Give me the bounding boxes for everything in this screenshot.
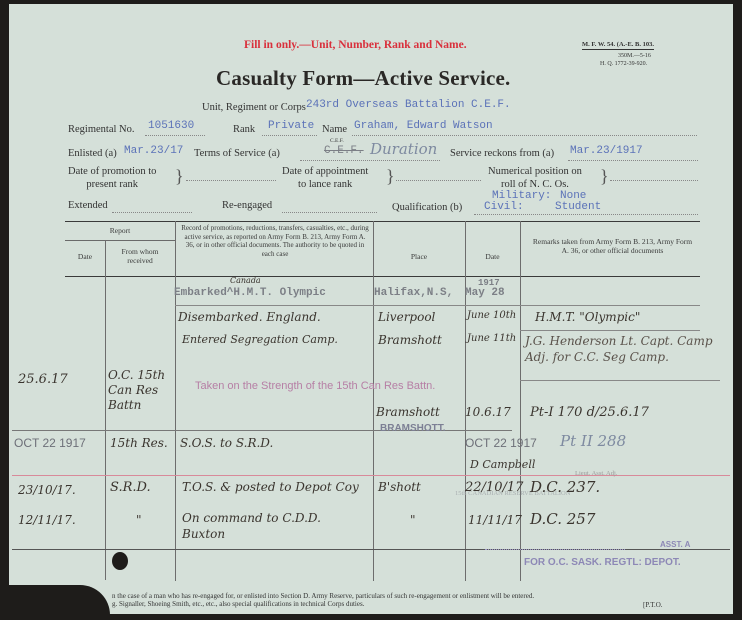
row-3-date: 10.6.17 — [465, 405, 511, 419]
row-1-place: Liverpool — [378, 310, 435, 324]
row-4-signature-title: Lieut. Asst. Adj. — [575, 470, 617, 477]
row-6-report-date: 12/11/17. — [18, 513, 76, 527]
row-3-report-date: 25.6.17 — [18, 372, 68, 387]
reckons-label: Service reckons from (a) — [450, 148, 554, 159]
unit-value: 243rd Overseas Battalion C.E.F. — [306, 99, 511, 111]
terms-value-struck: C.E.F. — [324, 145, 364, 157]
record-note: Canada — [230, 276, 261, 285]
row-6-date: 11/11/17 — [468, 513, 522, 527]
row-3-remarks: Pt-I 170 d/25.6.17 — [530, 405, 649, 420]
enlisted-label: Enlisted (a) — [68, 148, 117, 159]
terms-value-handwritten: Duration — [370, 140, 437, 158]
row-4-signature: D Campbell — [470, 458, 535, 471]
extended-label: Extended — [68, 200, 108, 211]
row-5-date: 22/10/17 — [465, 480, 523, 495]
qualification-label: Qualification (b) — [392, 202, 462, 213]
hq-reference: H. Q. 1772-39-920. — [600, 61, 647, 67]
terms-note: C.E.F. — [330, 138, 344, 144]
casualty-form-page — [9, 4, 733, 614]
row-4-record: S.O.S. to S.R.D. — [180, 436, 273, 450]
row-5-place: B'shott — [378, 480, 421, 494]
ink-blot — [112, 552, 128, 570]
lance-rank-label: Date of appointmentto lance rank — [282, 165, 368, 191]
name-value: Graham, Edward Watson — [354, 120, 493, 132]
rank-label: Rank — [233, 124, 255, 135]
nco-position-label: Numerical position onroll of N. C. Os. — [488, 165, 582, 191]
qual-civil-label: Civil: — [484, 201, 524, 213]
row-6-remarks: D.C. 257 — [530, 510, 595, 528]
row-0-date: May 28 — [465, 287, 505, 299]
torn-corner — [0, 585, 110, 620]
header-report: Report — [65, 226, 175, 235]
row-0-record: Embarked^H.M.T. Olympic — [174, 287, 326, 299]
regimental-no-label: Regimental No. — [68, 124, 135, 135]
name-label: Name — [322, 124, 347, 135]
row-6-place: " — [410, 513, 416, 527]
regimental-no-value: 1051630 — [148, 120, 194, 132]
row-4-remarks: Pt II 288 — [560, 432, 626, 450]
depot-stamp: FOR O.C. SASK. REGTL: DEPOT. — [524, 557, 681, 568]
row-2-remarks: J.G. Henderson Lt. Capt. Camp Adj. for C… — [525, 333, 715, 365]
unit-label: Unit, Regiment or Corps — [202, 102, 306, 113]
asst-stamp: ASST. A — [660, 540, 690, 549]
row-1-date: June 10th — [467, 310, 516, 321]
enlisted-value: Mar.23/17 — [124, 145, 183, 157]
pto-label: [P.T.O. — [643, 601, 663, 609]
header-date-2: Date — [465, 252, 520, 261]
row-2-record: Entered Segregation Camp. — [182, 333, 338, 346]
row-4-place-stamp: BRAMSHOTT. — [380, 423, 446, 434]
footer-note-1: n the case of a man who has re-engaged f… — [112, 592, 534, 600]
row-1-record: Disembarked. England. — [178, 310, 321, 324]
row-5-report-date: 23/10/17. — [18, 483, 76, 497]
row-5-record: T.O.S. & posted to Depot Coy — [182, 480, 372, 494]
row-5-remarks: D.C. 237. — [530, 478, 600, 496]
row-3-from-whom: O.C. 15th Can Res Battn — [108, 368, 174, 413]
row-3-record-stamp: Taken on the Strength of the 15th Can Re… — [195, 380, 435, 392]
form-instruction: Fill in only.—Unit, Number, Rank and Nam… — [244, 39, 467, 51]
row-0-place: Halifax,N.S, — [374, 287, 453, 299]
form-title: Casualty Form—Active Service. — [216, 66, 510, 91]
row-3-place: Bramshott — [376, 405, 440, 419]
row-2-date: June 11th — [467, 333, 516, 344]
row-6-from-whom: " — [136, 513, 142, 527]
header-from-whom: From whom received — [108, 247, 172, 265]
row-5-from-whom: S.R.D. — [110, 480, 151, 495]
header-record: Record of promotions, reductions, transf… — [180, 224, 370, 258]
header-place: Place — [373, 252, 465, 261]
print-run: 350M.—5-16 — [618, 53, 651, 59]
reckons-value: Mar.23/1917 — [570, 145, 643, 157]
row-2-place: Bramshott — [378, 333, 442, 347]
rank-value: Private — [268, 120, 314, 132]
terms-label: Terms of Service (a) — [194, 148, 280, 159]
promotion-label: Date of promotion topresent rank — [68, 165, 156, 191]
row-6-record: On command to C.D.D. Buxton — [182, 510, 362, 542]
row-4-report-date-stamp: OCT 22 1917 — [14, 436, 86, 450]
reengaged-label: Re-engaged — [222, 200, 272, 211]
header-date: Date — [65, 252, 105, 261]
footer-note-2: g. Signaller, Shoeing Smith, etc., etc.,… — [112, 600, 364, 608]
header-remarks: Remarks taken from Army Form B. 213, Arm… — [530, 237, 695, 255]
row-4-from-whom: 15th Res. — [110, 436, 168, 450]
row-4-date-stamp: OCT 22 1917 — [465, 436, 537, 450]
form-code: M. F. W. 54. (A.-E. B. 103. — [582, 41, 654, 50]
qual-civil-value: Student — [555, 201, 601, 213]
row-1-remarks: H.M.T. "Olympic" — [535, 310, 640, 324]
